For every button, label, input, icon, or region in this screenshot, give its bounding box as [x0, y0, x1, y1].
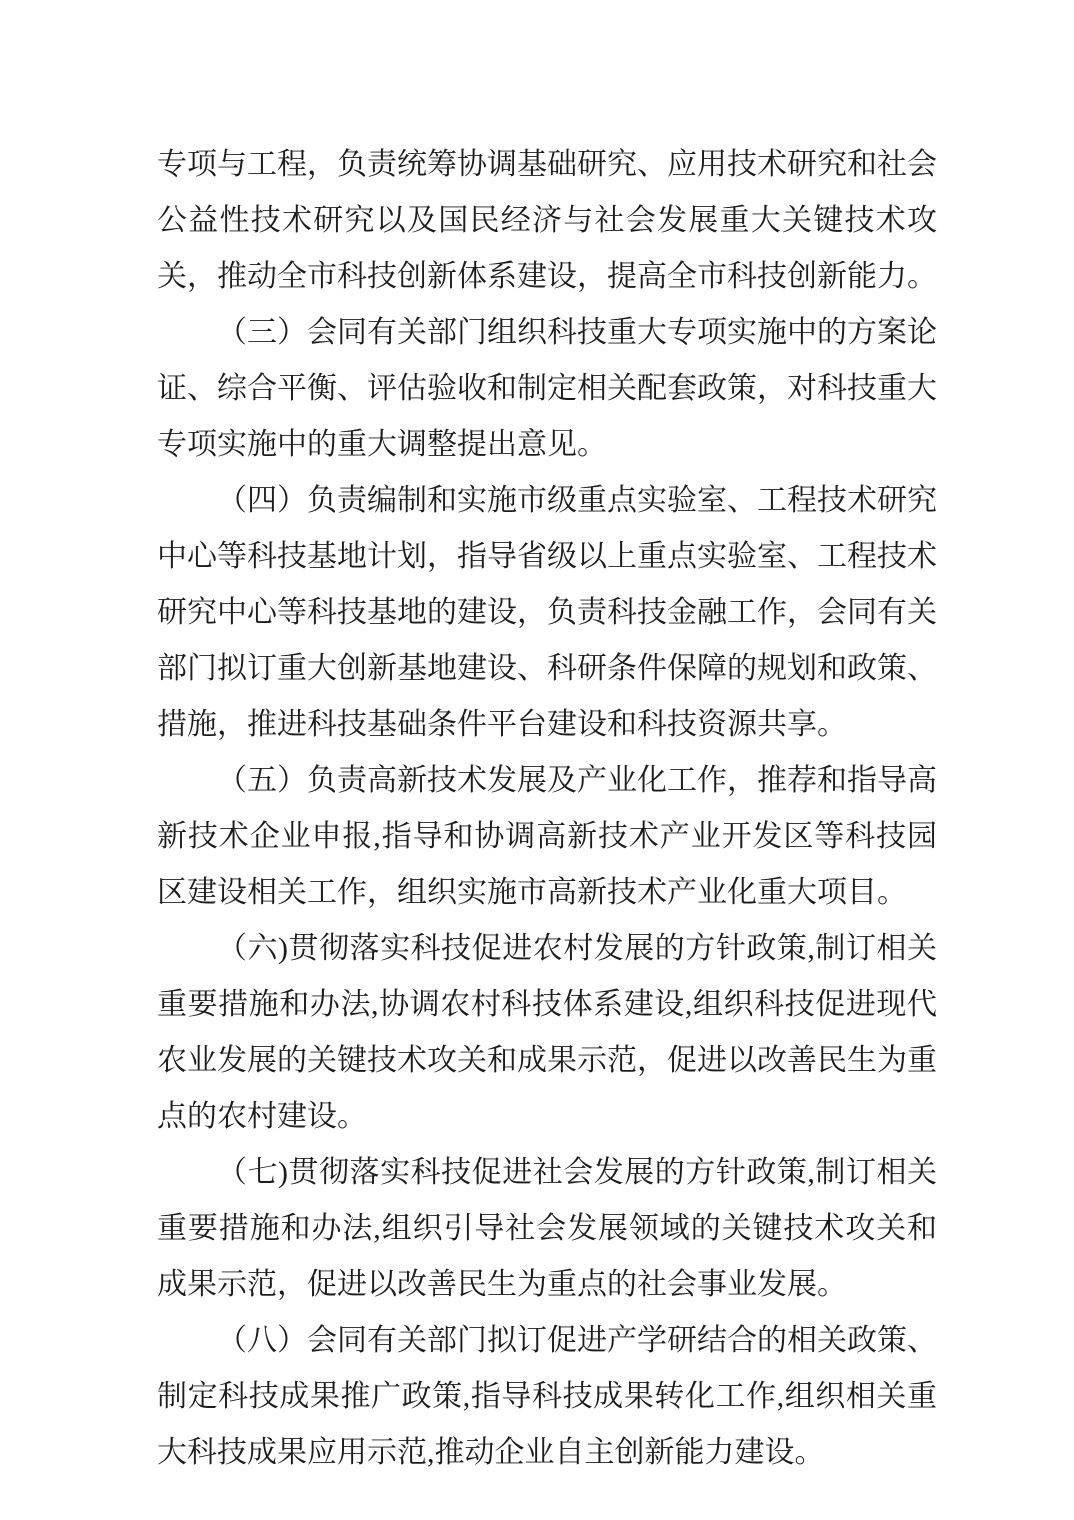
text-line: 区建设相关工作，组织实施市高新技术产业化重大项目。 — [157, 865, 937, 921]
text-line: （六)贯彻落实科技促进农村发展的方针政策,制订相关 — [157, 921, 937, 977]
text-line: 部门拟订重大创新基地建设、科研条件保障的规划和政策、 — [157, 641, 937, 697]
text-line: 成果示范，促进以改善民生为重点的社会事业发展。 — [157, 1257, 937, 1313]
text-line: 证、综合平衡、评估验收和制定相关配套政策，对科技重大 — [157, 361, 937, 417]
text-line: 措施，推进科技基础条件平台建设和科技资源共享。 — [157, 697, 937, 753]
text-line: 专项实施中的重大调整提出意见。 — [157, 417, 937, 473]
text-line: 点的农村建设。 — [157, 1089, 937, 1145]
text-line: （四）负责编制和实施市级重点实验室、工程技术研究 — [157, 473, 937, 529]
text-line: 研究中心等科技基地的建设，负责科技金融工作，会同有关 — [157, 585, 937, 641]
text-line: 新技术企业申报,指导和协调高新技术产业开发区等科技园 — [157, 809, 937, 865]
text-line: 专项与工程，负责统筹协调基础研究、应用技术研究和社会 — [157, 137, 937, 193]
document-page: 专项与工程，负责统筹协调基础研究、应用技术研究和社会公益性技术研究以及国民经济与… — [0, 0, 1074, 1520]
text-line: 公益性技术研究以及国民经济与社会发展重大关键技术攻 — [157, 193, 937, 249]
text-line: 重要措施和办法,组织引导社会发展领域的关键技术攻关和 — [157, 1201, 937, 1257]
document-body: 专项与工程，负责统筹协调基础研究、应用技术研究和社会公益性技术研究以及国民经济与… — [157, 137, 937, 1481]
text-line: （三）会同有关部门组织科技重大专项实施中的方案论 — [157, 305, 937, 361]
text-line: 制定科技成果推广政策,指导科技成果转化工作,组织相关重 — [157, 1369, 937, 1425]
text-line: （七)贯彻落实科技促进社会发展的方针政策,制订相关 — [157, 1145, 937, 1201]
text-line: 大科技成果应用示范,推动企业自主创新能力建设。 — [157, 1425, 937, 1481]
text-line: （八）会同有关部门拟订促进产学研结合的相关政策、 — [157, 1313, 937, 1369]
text-line: （五）负责高新技术发展及产业化工作，推荐和指导高 — [157, 753, 937, 809]
text-line: 农业发展的关键技术攻关和成果示范，促进以改善民生为重 — [157, 1033, 937, 1089]
text-line: 关，推动全市科技创新体系建设，提高全市科技创新能力。 — [157, 249, 937, 305]
text-line: 重要措施和办法,协调农村科技体系建设,组织科技促进现代 — [157, 977, 937, 1033]
text-line: 中心等科技基地计划，指导省级以上重点实验室、工程技术 — [157, 529, 937, 585]
